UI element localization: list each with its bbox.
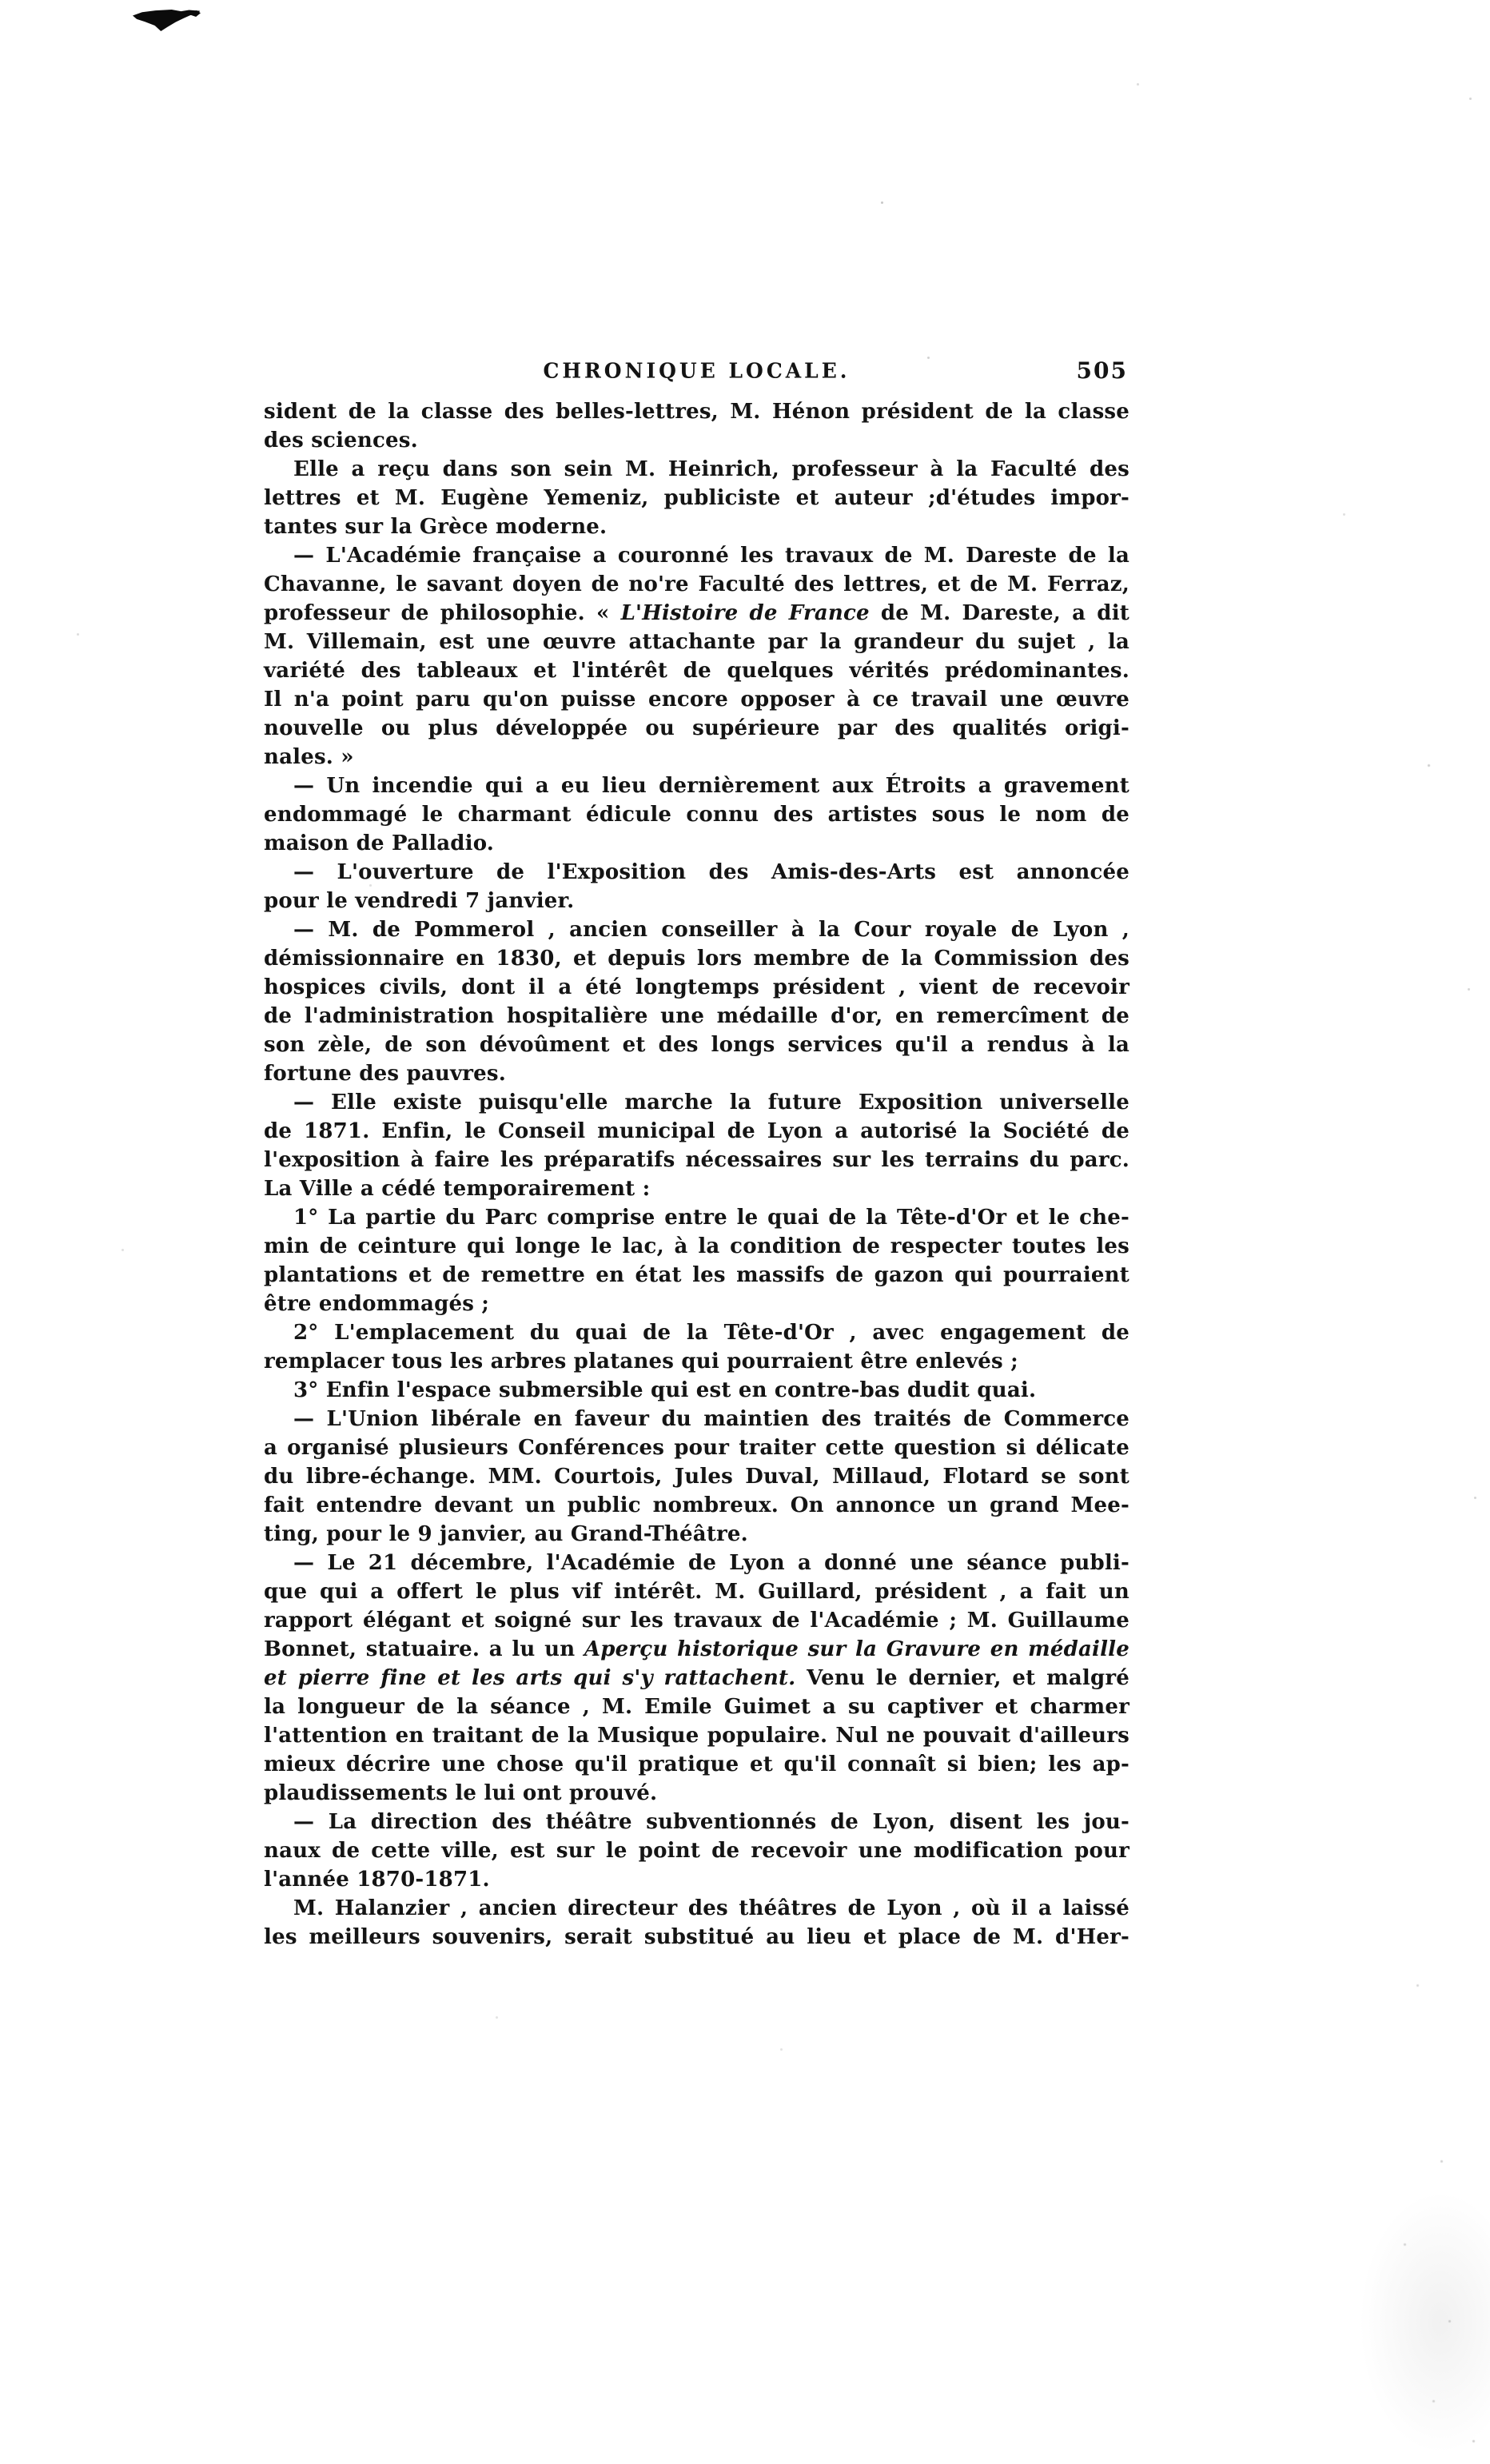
text-line: du libre-échange. MM. Courtois, Jules Du…: [264, 1462, 1129, 1491]
scanned-page: CHRONIQUE LOCALE. 505 sident de la class…: [0, 0, 1490, 2464]
page-number: 505: [1077, 357, 1128, 384]
text-segment: Bonnet, statuaire. a lu un: [264, 1637, 584, 1661]
text-line: hospices civils, dont il a été longtemps…: [264, 973, 1129, 1002]
paragraph: 2° L'emplacement du quai de la Tête-d'Or…: [264, 1318, 1129, 1376]
text-segment: — La direction des théâtre subventionnés…: [293, 1810, 1129, 1834]
text-segment: que qui a offert le plus vif intérêt. M.…: [264, 1580, 1129, 1604]
text-segment: maison de Palladio.: [264, 831, 494, 855]
italic-text-segment: L'Histoire de France: [621, 601, 870, 625]
text-block: sident de la classe des belles-lettres, …: [264, 397, 1129, 1952]
scan-noise-specks: [0, 0, 2, 2]
text-line: — M. de Pommerol , ancien conseiller à l…: [264, 915, 1129, 944]
paragraph: 1° La partie du Parc comprise entre le q…: [264, 1203, 1129, 1318]
paragraph: — L'Union libérale en faveur du maintien…: [264, 1405, 1129, 1549]
text-line: variété des tableaux et l'intérêt de que…: [264, 656, 1129, 685]
text-line: a organisé plusieurs Conférences pour tr…: [264, 1433, 1129, 1462]
text-segment: de l'administration hospitalière une méd…: [264, 1004, 1129, 1028]
text-line: Elle a reçu dans son sein M. Heinrich, p…: [264, 455, 1129, 484]
text-line: Bonnet, statuaire. a lu un Aperçu histor…: [264, 1635, 1129, 1664]
paragraph: — M. de Pommerol , ancien conseiller à l…: [264, 915, 1129, 1088]
ink-blot-artifact: [133, 10, 200, 31]
text-line: professeur de philosophie. « L'Histoire …: [264, 599, 1129, 628]
text-segment: des sciences.: [264, 429, 418, 453]
text-segment: — Un incendie qui a eu lieu dernièrement…: [293, 774, 1129, 798]
text-segment: remplacer tous les arbres platanes qui p…: [264, 1350, 1018, 1374]
text-segment: — Le 21 décembre, l'Académie de Lyon a d…: [293, 1551, 1129, 1575]
text-line: son zèle, de son dévoûment et des longs …: [264, 1031, 1129, 1059]
text-segment: 1° La partie du Parc comprise entre le q…: [293, 1206, 1129, 1230]
text-segment: son zèle, de son dévoûment et des longs …: [264, 1033, 1129, 1057]
text-segment: 2° L'emplacement du quai de la Tête-d'Or…: [293, 1321, 1129, 1345]
text-line: maison de Palladio.: [264, 829, 1129, 858]
text-segment: M. Villemain, est une œuvre attachante p…: [264, 630, 1129, 654]
italic-text-segment: et pierre fine et les arts qui s'y ratta…: [264, 1666, 795, 1690]
text-segment: tantes sur la Grèce moderne.: [264, 515, 607, 539]
text-segment: Chavanne, le savant doyen de no're Facul…: [264, 572, 1129, 596]
text-line: la longueur de la séance , M. Emile Guim…: [264, 1693, 1129, 1721]
text-segment: la longueur de la séance , M. Emile Guim…: [264, 1695, 1129, 1719]
paragraph: — La direction des théâtre subventionnés…: [264, 1808, 1129, 1894]
text-line: nouvelle ou plus développée ou supérieur…: [264, 714, 1129, 743]
text-line: 1° La partie du Parc comprise entre le q…: [264, 1203, 1129, 1232]
paragraph: M. Halanzier , ancien directeur des théâ…: [264, 1894, 1129, 1952]
text-segment: démissionnaire en 1830, et depuis lors m…: [264, 947, 1129, 971]
text-segment: nales. »: [264, 745, 354, 769]
text-line: — L'Académie française a couronné les tr…: [264, 541, 1129, 570]
text-line: de l'administration hospitalière une méd…: [264, 1002, 1129, 1031]
text-segment: La Ville a cédé temporairement :: [264, 1177, 650, 1201]
text-line: — Elle existe puisqu'elle marche la futu…: [264, 1088, 1129, 1117]
text-line: rapport élégant et soigné sur les travau…: [264, 1606, 1129, 1635]
text-segment: — L'ouverture de l'Exposition des Amis-d…: [293, 860, 1129, 884]
text-line: plaudissements le lui ont prouvé.: [264, 1779, 1129, 1808]
text-line: fortune des pauvres.: [264, 1059, 1129, 1088]
scan-noise-smudge: [1359, 2191, 1490, 2454]
text-line: nales. »: [264, 743, 1129, 771]
text-segment: min de ceinture qui longe le lac, à la c…: [264, 1234, 1129, 1258]
text-line: plantations et de remettre en état les m…: [264, 1261, 1129, 1290]
text-segment: fait entendre devant un public nombreux.…: [264, 1493, 1129, 1517]
text-line: — L'ouverture de l'Exposition des Amis-d…: [264, 858, 1129, 887]
text-line: Chavanne, le savant doyen de no're Facul…: [264, 570, 1129, 599]
text-line: sident de la classe des belles-lettres, …: [264, 397, 1129, 426]
text-line: démissionnaire en 1830, et depuis lors m…: [264, 944, 1129, 973]
text-segment: — M. de Pommerol , ancien conseiller à l…: [293, 918, 1129, 942]
text-line: M. Halanzier , ancien directeur des théâ…: [264, 1894, 1129, 1923]
text-line: fait entendre devant un public nombreux.…: [264, 1491, 1129, 1520]
paragraph: Elle a reçu dans son sein M. Heinrich, p…: [264, 455, 1129, 541]
paragraph: — L'Académie française a couronné les tr…: [264, 541, 1129, 771]
text-segment: M. Halanzier , ancien directeur des théâ…: [293, 1896, 1129, 1920]
running-header-title: CHRONIQUE LOCALE.: [264, 358, 1129, 382]
text-segment: — Elle existe puisqu'elle marche la futu…: [293, 1090, 1129, 1114]
text-line: 2° L'emplacement du quai de la Tête-d'Or…: [264, 1318, 1129, 1347]
text-line: naux de cette ville, est sur le point de…: [264, 1836, 1129, 1865]
text-segment: lettres et M. Eugène Yemeniz, publiciste…: [264, 486, 1129, 510]
text-line: les meilleurs souvenirs, serait substitu…: [264, 1923, 1129, 1952]
text-segment: l'année 1870-1871.: [264, 1868, 490, 1892]
text-line: être endommagés ;: [264, 1290, 1129, 1318]
text-segment: les meilleurs souvenirs, serait substitu…: [264, 1925, 1129, 1949]
text-line: endommagé le charmant édicule connu des …: [264, 800, 1129, 829]
text-line: l'année 1870-1871.: [264, 1865, 1129, 1894]
text-line: et pierre fine et les arts qui s'y ratta…: [264, 1664, 1129, 1693]
text-line: — L'Union libérale en faveur du maintien…: [264, 1405, 1129, 1433]
text-segment: plantations et de remettre en état les m…: [264, 1263, 1129, 1287]
text-segment: l'attention en traitant de la Musique po…: [264, 1724, 1129, 1748]
text-segment: fortune des pauvres.: [264, 1062, 506, 1086]
text-segment: ting, pour le 9 janvier, au Grand-Théâtr…: [264, 1522, 748, 1546]
text-segment: plaudissements le lui ont prouvé.: [264, 1781, 657, 1805]
paragraph: — Elle existe puisqu'elle marche la futu…: [264, 1088, 1129, 1203]
text-segment: nouvelle ou plus développée ou supérieur…: [264, 716, 1129, 740]
text-line: 3° Enfin l'espace submersible qui est en…: [264, 1376, 1129, 1405]
text-segment: Elle a reçu dans son sein M. Heinrich, p…: [293, 457, 1129, 481]
text-segment: a organisé plusieurs Conférences pour tr…: [264, 1436, 1129, 1460]
text-segment: 3° Enfin l'espace submersible qui est en…: [293, 1378, 1036, 1402]
text-segment: endommagé le charmant édicule connu des …: [264, 803, 1129, 827]
paragraph: — L'ouverture de l'Exposition des Amis-d…: [264, 858, 1129, 915]
text-segment: du libre-échange. MM. Courtois, Jules Du…: [264, 1465, 1129, 1489]
text-line: que qui a offert le plus vif intérêt. M.…: [264, 1577, 1129, 1606]
text-segment: Venu le dernier, et malgré: [795, 1666, 1129, 1690]
text-segment: être endommagés ;: [264, 1292, 489, 1316]
text-segment: professeur de philosophie. «: [264, 601, 621, 625]
text-line: ting, pour le 9 janvier, au Grand-Théâtr…: [264, 1520, 1129, 1549]
text-segment: de 1871. Enfin, le Conseil municipal de …: [264, 1119, 1129, 1143]
text-segment: l'exposition à faire les préparatifs néc…: [264, 1148, 1129, 1172]
text-line: des sciences.: [264, 426, 1129, 455]
text-segment: Il n'a point paru qu'on puisse encore op…: [264, 688, 1129, 712]
text-segment: — L'Académie française a couronné les tr…: [293, 544, 1129, 568]
text-segment: naux de cette ville, est sur le point de…: [264, 1839, 1129, 1863]
text-segment: hospices civils, dont il a été longtemps…: [264, 975, 1129, 999]
text-line: M. Villemain, est une œuvre attachante p…: [264, 628, 1129, 656]
text-line: — Un incendie qui a eu lieu dernièrement…: [264, 771, 1129, 800]
paragraph: sident de la classe des belles-lettres, …: [264, 397, 1129, 455]
text-line: de 1871. Enfin, le Conseil municipal de …: [264, 1117, 1129, 1146]
text-line: mieux décrire une chose qu'il pratique e…: [264, 1750, 1129, 1779]
text-line: l'attention en traitant de la Musique po…: [264, 1721, 1129, 1750]
text-segment: rapport élégant et soigné sur les travau…: [264, 1609, 1129, 1633]
paragraph: — Le 21 décembre, l'Académie de Lyon a d…: [264, 1549, 1129, 1808]
text-segment: mieux décrire une chose qu'il pratique e…: [264, 1752, 1129, 1776]
text-segment: sident de la classe des belles-lettres, …: [264, 400, 1129, 424]
text-line: min de ceinture qui longe le lac, à la c…: [264, 1232, 1129, 1261]
text-segment: — L'Union libérale en faveur du maintien…: [293, 1407, 1129, 1431]
running-header: CHRONIQUE LOCALE. 505: [264, 359, 1129, 391]
text-line: remplacer tous les arbres platanes qui p…: [264, 1347, 1129, 1376]
text-segment: pour le vendredi 7 janvier.: [264, 889, 574, 913]
text-line: pour le vendredi 7 janvier.: [264, 887, 1129, 915]
text-line: l'exposition à faire les préparatifs néc…: [264, 1146, 1129, 1174]
paragraph: — Un incendie qui a eu lieu dernièrement…: [264, 771, 1129, 858]
italic-text-segment: Aperçu historique sur la Gravure en méda…: [584, 1637, 1129, 1661]
text-line: La Ville a cédé temporairement :: [264, 1174, 1129, 1203]
text-line: — La direction des théâtre subventionnés…: [264, 1808, 1129, 1836]
text-line: lettres et M. Eugène Yemeniz, publiciste…: [264, 484, 1129, 512]
text-line: — Le 21 décembre, l'Académie de Lyon a d…: [264, 1549, 1129, 1577]
text-line: Il n'a point paru qu'on puisse encore op…: [264, 685, 1129, 714]
text-line: tantes sur la Grèce moderne.: [264, 512, 1129, 541]
text-segment: de M. Dareste, a dit: [870, 601, 1129, 625]
text-segment: variété des tableaux et l'intérêt de que…: [264, 659, 1129, 683]
paragraph: 3° Enfin l'espace submersible qui est en…: [264, 1376, 1129, 1405]
